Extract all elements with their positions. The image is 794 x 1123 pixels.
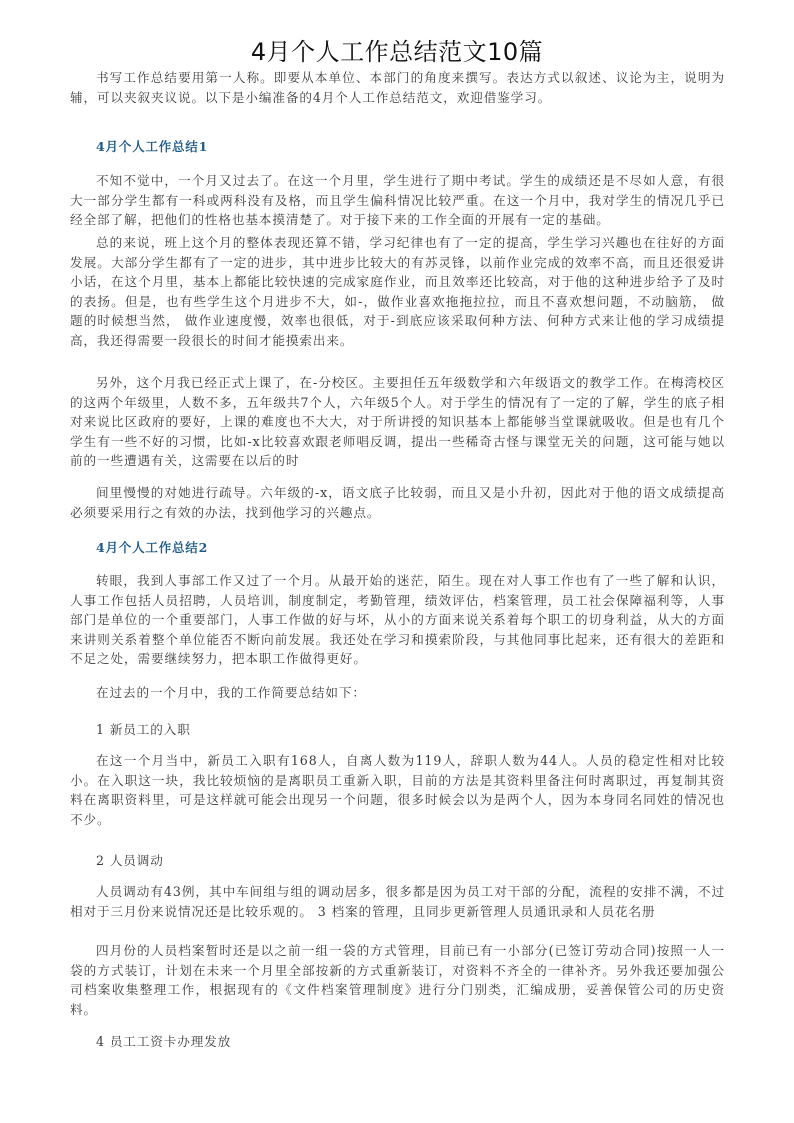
section1-paragraph-2: 总的来说，班上这个月的整体表现还算不错，学习纪律也有了一定的提高，学生学习兴趣也… (70, 233, 725, 351)
list-item-label-4: 4 员工工资卡办理发放 (96, 1031, 231, 1050)
list-item-text-3: 四月份的人员档案暂时还是以之前一组一袋的方式管理，目前已有一小部分(已签订劳动合… (70, 941, 725, 1019)
list-item-text-1: 在这一个月当中，新员工入职有168人，自离人数为119人，辞职人数为44人。人员… (70, 751, 725, 829)
section1-paragraph-1: 不知不觉中，一个月又过去了。在这一个月里，学生进行了期中考试。学生的成绩还是不尽… (70, 171, 725, 230)
section-heading-2: 4月个人工作总结2 (96, 538, 208, 556)
section1-paragraph-3: 另外，这个月我已经正式上课了，在-分校区。主要担任五年级数学和六年级语文的教学工… (70, 373, 725, 471)
list-item-label-1: 1 新员工的入职 (96, 719, 191, 738)
section2-paragraph-1: 转眼，我到人事部工作又过了一个月。从最开始的迷茫，陌生。现在对人事工作也有了一些… (70, 571, 725, 669)
document-page: 4月个人工作总结范文10篇 书写工作总结要用第一人称。即要从本单位、本部门的角度… (0, 0, 794, 1123)
list-item-text-2: 人员调动有43例，其中车间组与组的调动居多，很多都是因为员工对干部的分配，流程的… (70, 882, 725, 921)
section1-paragraph-4: 间里慢慢的对她进行疏导。六年级的-x，语文底子比较弱，而且又是小升初，因此对于他… (70, 483, 725, 522)
list-item-label-2: 2 人员调动 (96, 850, 164, 869)
section2-paragraph-2: 在过去的一个月中，我的工作简要总结如下： (70, 683, 725, 703)
intro-paragraph: 书写工作总结要用第一人称。即要从本单位、本部门的角度来撰写。表达方式以叙述、议论… (70, 68, 725, 107)
section-heading-1: 4月个人工作总结1 (96, 137, 208, 155)
page-title: 4月个人工作总结范文10篇 (0, 32, 794, 67)
